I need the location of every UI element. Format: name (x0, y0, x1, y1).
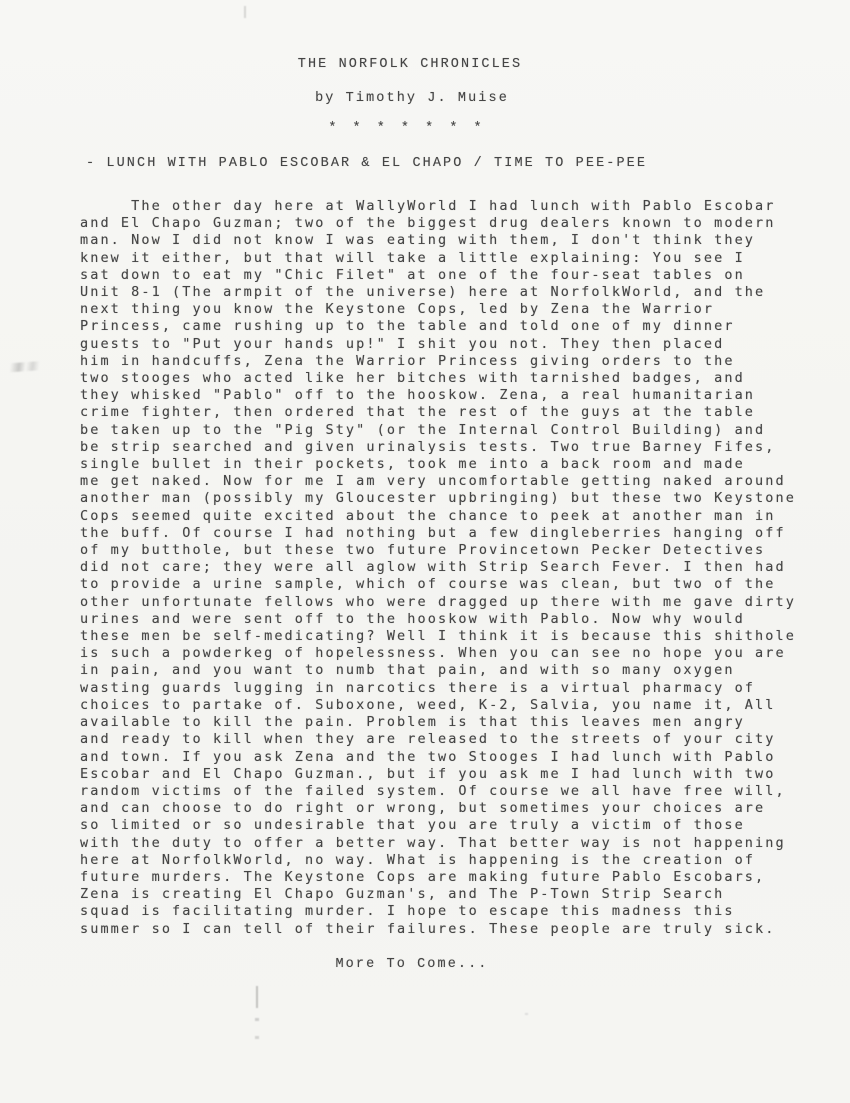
scan-artifact-bottom-dot (255, 1018, 259, 1021)
article-body: The other day here at WallyWorld I had l… (80, 198, 796, 938)
document-title: THE NORFOLK CHRONICLES (0, 56, 835, 73)
byline: by Timothy J. Muise (0, 90, 837, 107)
article-headline: - LUNCH WITH PABLO ESCOBAR & EL CHAPO / … (86, 155, 647, 172)
scan-artifact-bottom-line (256, 986, 258, 1008)
footer-note: More To Come... (0, 956, 837, 973)
asterisk-separator: * * * * * * * (0, 120, 832, 137)
scan-artifact-top-tick (244, 6, 246, 18)
scan-artifact-bottom-dot (255, 1036, 259, 1039)
scan-artifact-faint-dot (525, 1013, 528, 1015)
document-page: THE NORFOLK CHRONICLES by Timothy J. Mui… (0, 0, 850, 1103)
scan-artifact-left-smudge (6, 360, 51, 372)
